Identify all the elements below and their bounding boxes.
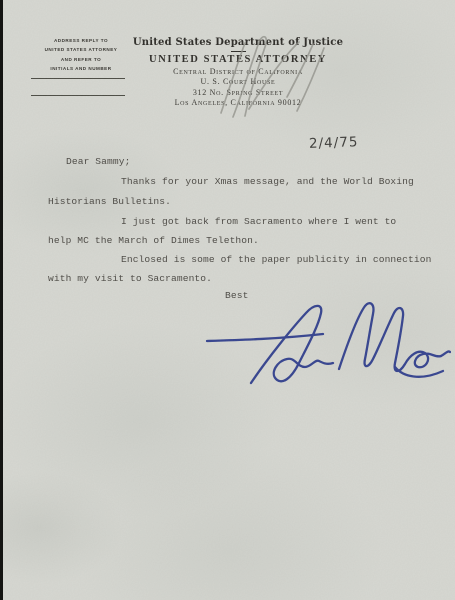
scanned-letter: ADDRESS REPLY TO UNITED STATES ATTORNEY …	[0, 0, 455, 600]
salutation: Dear Sammy;	[66, 156, 130, 167]
pencil-scribble-mark	[199, 33, 339, 123]
body-line: I just got back from Sacramento where I …	[121, 216, 396, 227]
body-line: Enclosed is some of the paper publicity …	[121, 254, 431, 265]
letter-paper: ADDRESS REPLY TO UNITED STATES ATTORNEY …	[3, 0, 455, 600]
signature-lou-nova	[199, 297, 451, 394]
body-line: Thanks for your Xmas message, and the Wo…	[121, 176, 414, 187]
reply-blank-line-1	[31, 78, 125, 79]
body-line: Historians Bulletins.	[48, 196, 171, 207]
body-line: help MC the March of Dimes Telethon.	[48, 235, 259, 246]
reply-blank-line-2	[31, 95, 125, 96]
handwritten-date: 2/4/75	[309, 134, 359, 152]
body-line: with my visit to Sacramento.	[48, 273, 212, 284]
